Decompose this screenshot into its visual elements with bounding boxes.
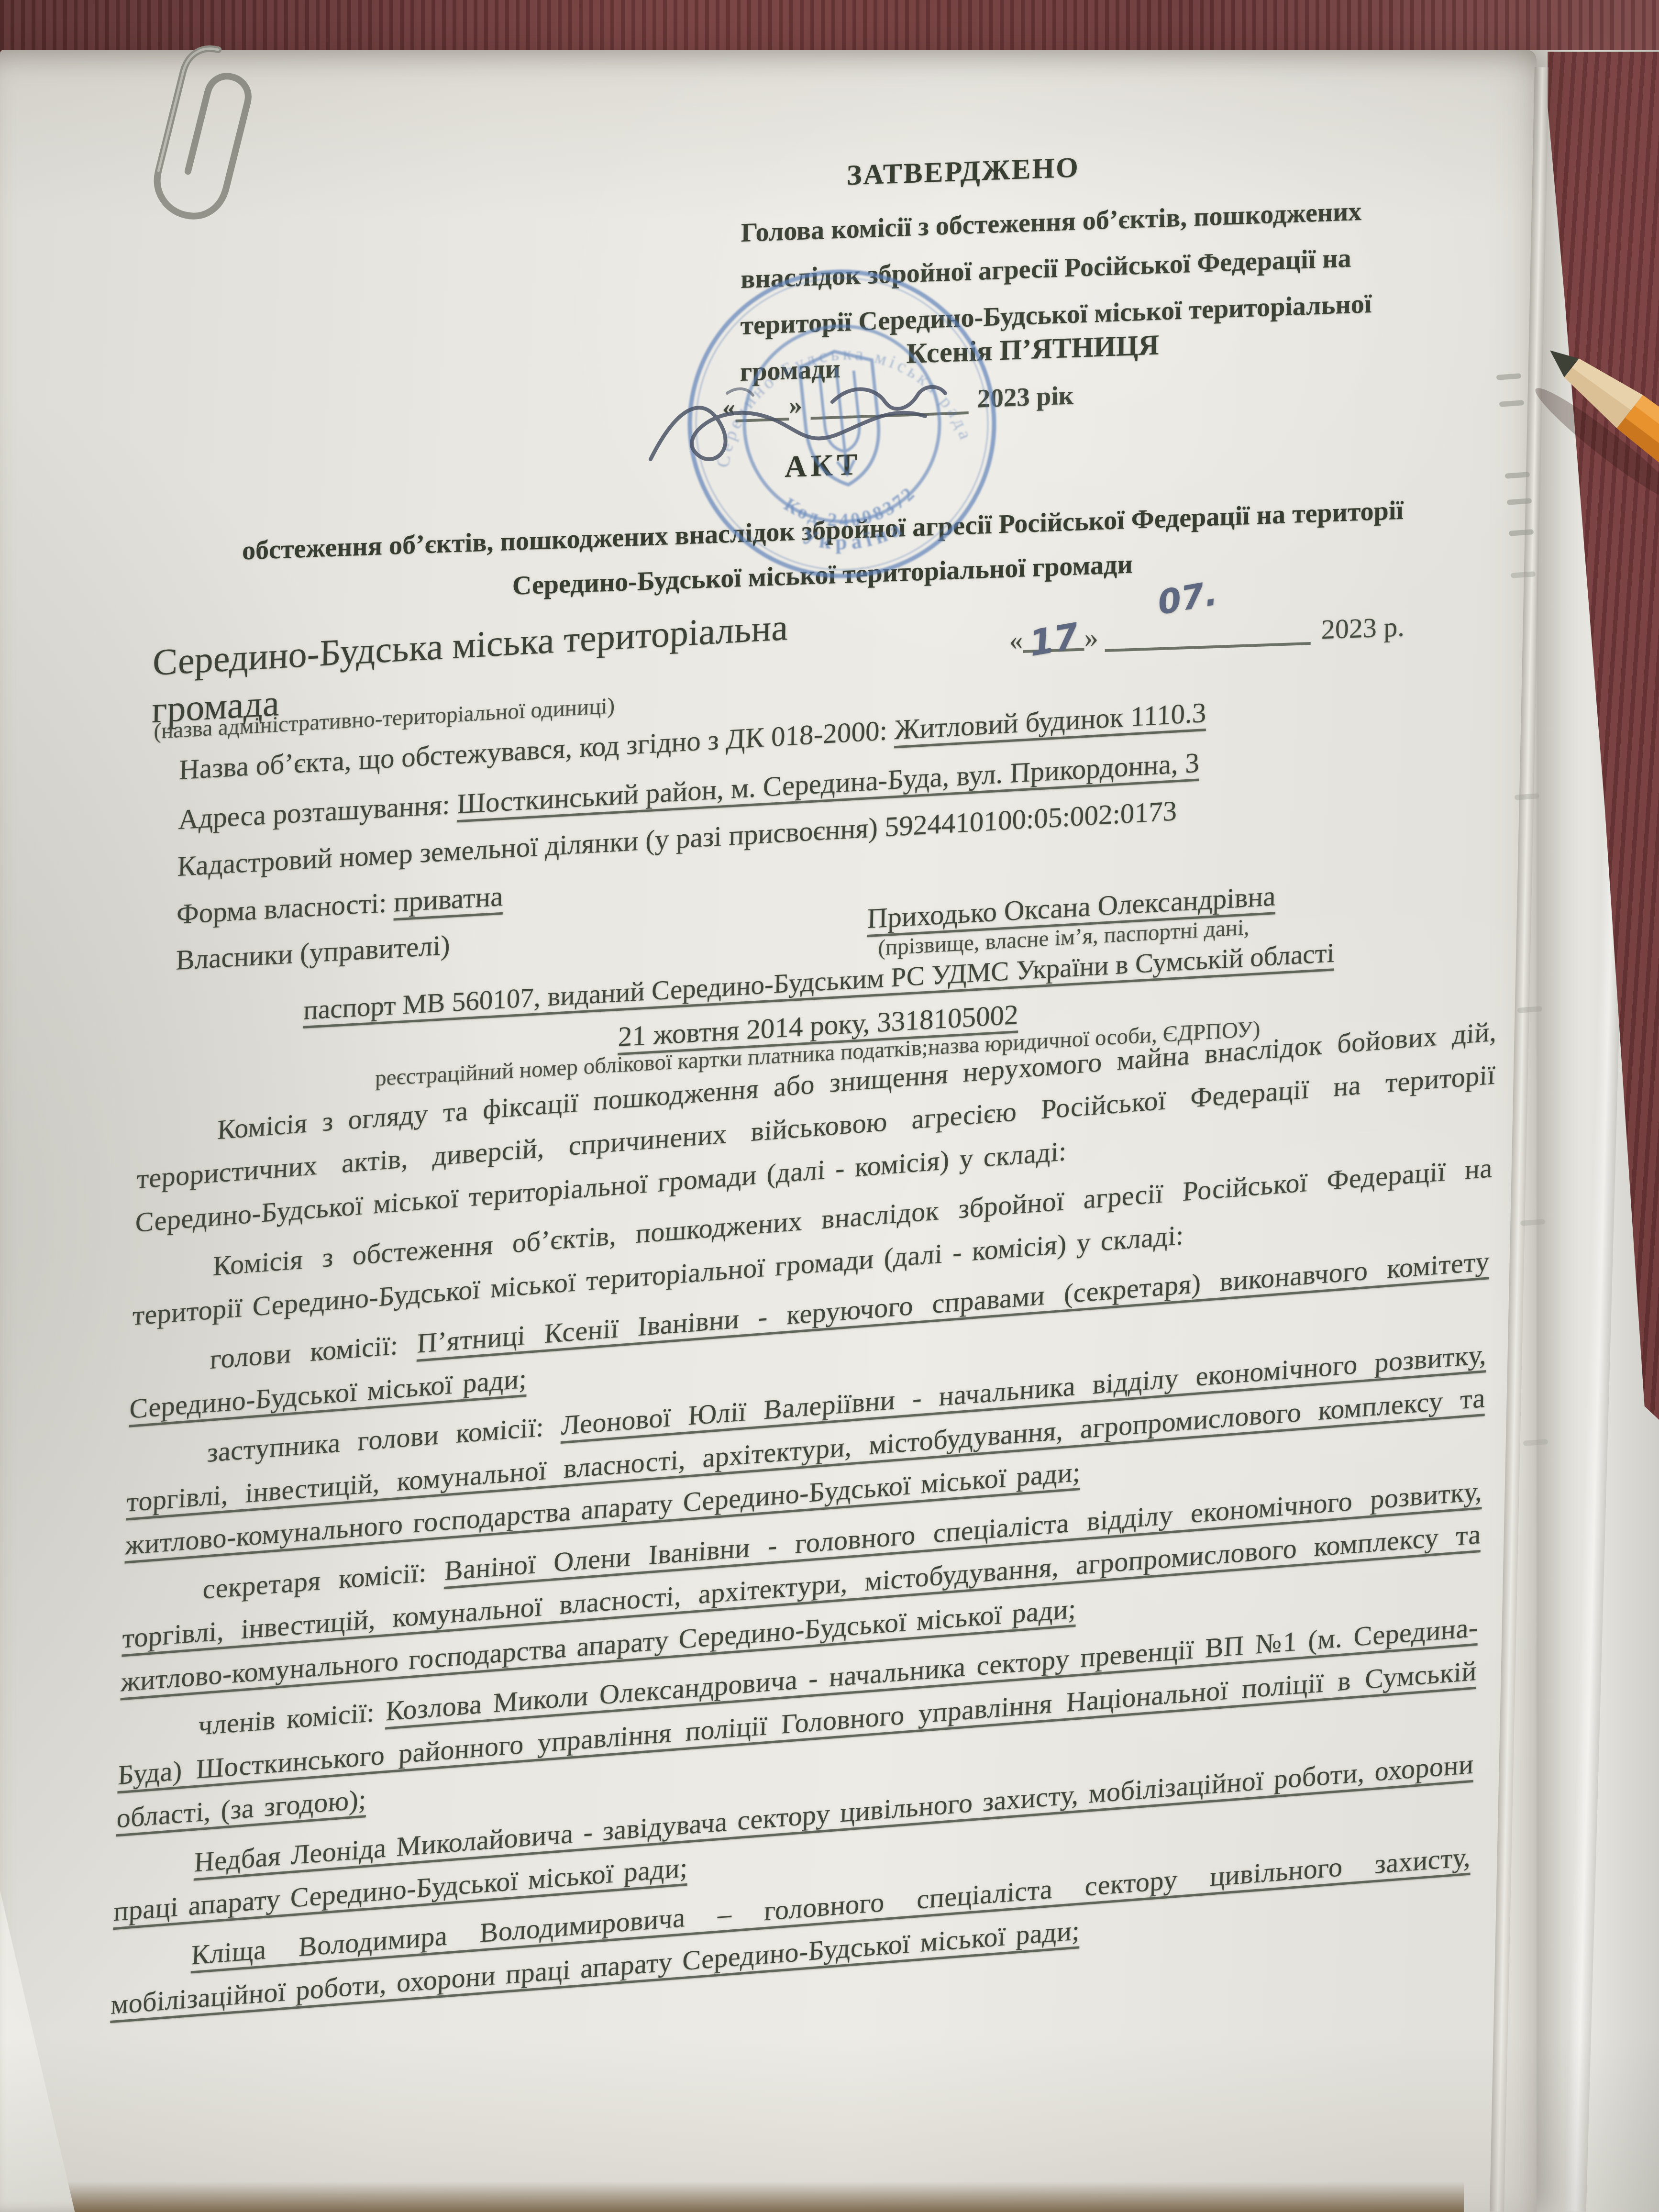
signature-scribble <box>608 349 1067 512</box>
field-owners-label: Власники (управителі) <box>176 929 450 976</box>
plain-text: секретаря комісії: <box>202 1555 445 1605</box>
quote-mark: « <box>1009 624 1023 656</box>
commission-paragraphs: Комісія з огляду та фіксації пошкодження… <box>110 1010 1498 2033</box>
approved-label: ЗАТВЕРДЖЕНО <box>847 136 1493 192</box>
act-date-line: «17»07.2023 р. <box>1009 609 1405 656</box>
field-object-value: Житловий будинок 1110.3 <box>894 697 1206 745</box>
field-ownership-label: Форма власності: <box>177 886 394 929</box>
photo-scene: Середино-Будська міська рада Код 2400837… <box>0 0 1659 2212</box>
plain-text: членів комісії: <box>198 1696 386 1741</box>
handwritten-day: 17 <box>1027 615 1081 664</box>
field-cadastre-value: 5924410100:05:002:0173 <box>885 795 1177 842</box>
plain-text: голови комісії: <box>210 1328 418 1375</box>
quote-mark: » <box>1084 622 1098 653</box>
pencil-icon <box>1507 287 1659 555</box>
act-date-year: 2023 р. <box>1321 611 1405 645</box>
act-date-day: 17 <box>1023 620 1084 653</box>
field-ownership-value: приватна <box>394 880 503 918</box>
paperclip-icon <box>140 42 321 243</box>
field-address-label: Адреса розташування: <box>178 788 457 835</box>
act-date-month: 07. <box>1105 614 1311 652</box>
